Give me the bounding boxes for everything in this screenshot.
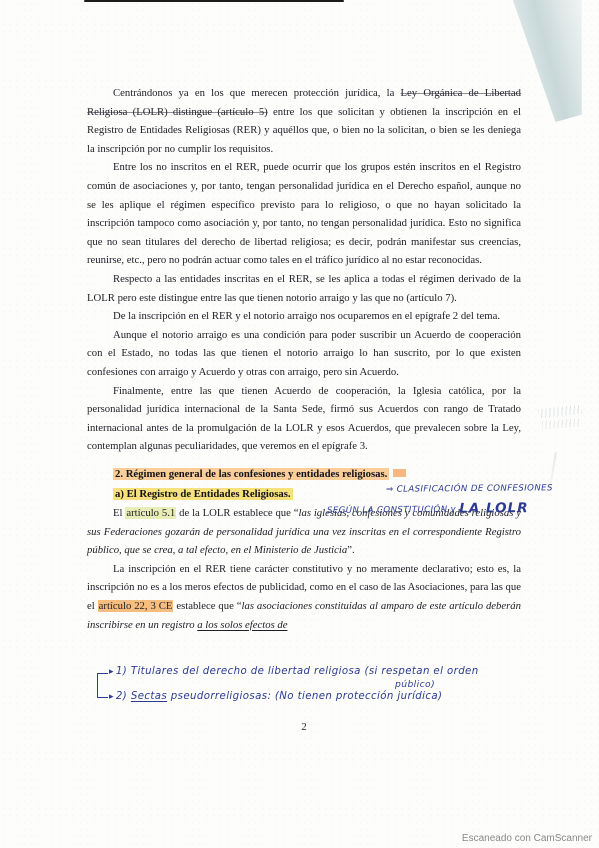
bottom-note-2-text: 2) Sectas pseudorreligiosas: (No tienen … [116, 691, 443, 702]
arrow-icon: ▸ [109, 692, 114, 702]
scanned-page: Centrándonos ya en los que merecen prote… [0, 0, 599, 848]
bottom-note-1-text: 1) Titulares del derecho de libertad rel… [116, 666, 479, 677]
handwritten-bottom-notes: ▸1) Titulares del derecho de libertad re… [95, 666, 581, 718]
page-number: 2 [87, 721, 521, 733]
paragraph-proteccion-juridica: Centrándonos ya en los que merecen prote… [87, 84, 521, 158]
section-heading-text: 2. Régimen general de las confesiones y … [113, 468, 389, 480]
paragraph-entidades-inscritas: Respecto a las entidades inscritas en el… [87, 270, 521, 307]
arrow-icon: ⇒ [386, 485, 394, 495]
section-heading: 2. Régimen general de las confesiones y … [87, 465, 521, 484]
paragraph-iglesia-catolica: Finalmente, entre las que tienen Acuerdo… [87, 382, 521, 456]
paragraph-notorio-arraigo: Aunque el notorio arraigo es una condici… [87, 326, 521, 382]
classification-note-big: LA LOLR [459, 500, 528, 517]
classification-note-small: SEGÚN LA CONSTITUCIÓN y [327, 505, 459, 516]
camscanner-watermark: Escaneado con CamScanner [462, 833, 592, 844]
paragraph-epigrafe-2: De la inscripción en el RER y el notorio… [87, 307, 521, 326]
bottom-note-1: ▸1) Titulares del derecho de libertad re… [109, 666, 479, 677]
pencil-scribble [538, 405, 583, 419]
document-body: Centrándonos ya en los que merecen prote… [87, 84, 521, 634]
handwritten-classification-note-line2: SEGÚN LA CONSTITUCIÓN y LA LOLR [327, 499, 529, 517]
bottom-note-1-wrap: público) [395, 679, 435, 690]
subsection-heading-text: a) El Registro de Entidades Religiosas. [113, 488, 293, 500]
classification-note-text: CLASIFICACIÓN DE CONFESIONES [397, 483, 553, 494]
paragraph-no-inscritos: Entre los no inscritos en el RER, puede … [87, 158, 521, 270]
paragraph-caracter-constitutivo: La inscripción en el RER tiene carácter … [87, 560, 521, 634]
handwritten-classification-note: ⇒ CLASIFICACIÓN DE CONFESIONES [386, 483, 553, 494]
highlighter-dash [393, 469, 406, 477]
arrow-icon: ▸ [109, 667, 114, 677]
pencil-scribble [542, 419, 580, 430]
scan-artifact-top-line [84, 0, 344, 2]
bracket-icon [97, 673, 108, 698]
bottom-note-2: ▸2) Sectas pseudorreligiosas: (No tienen… [109, 691, 442, 702]
